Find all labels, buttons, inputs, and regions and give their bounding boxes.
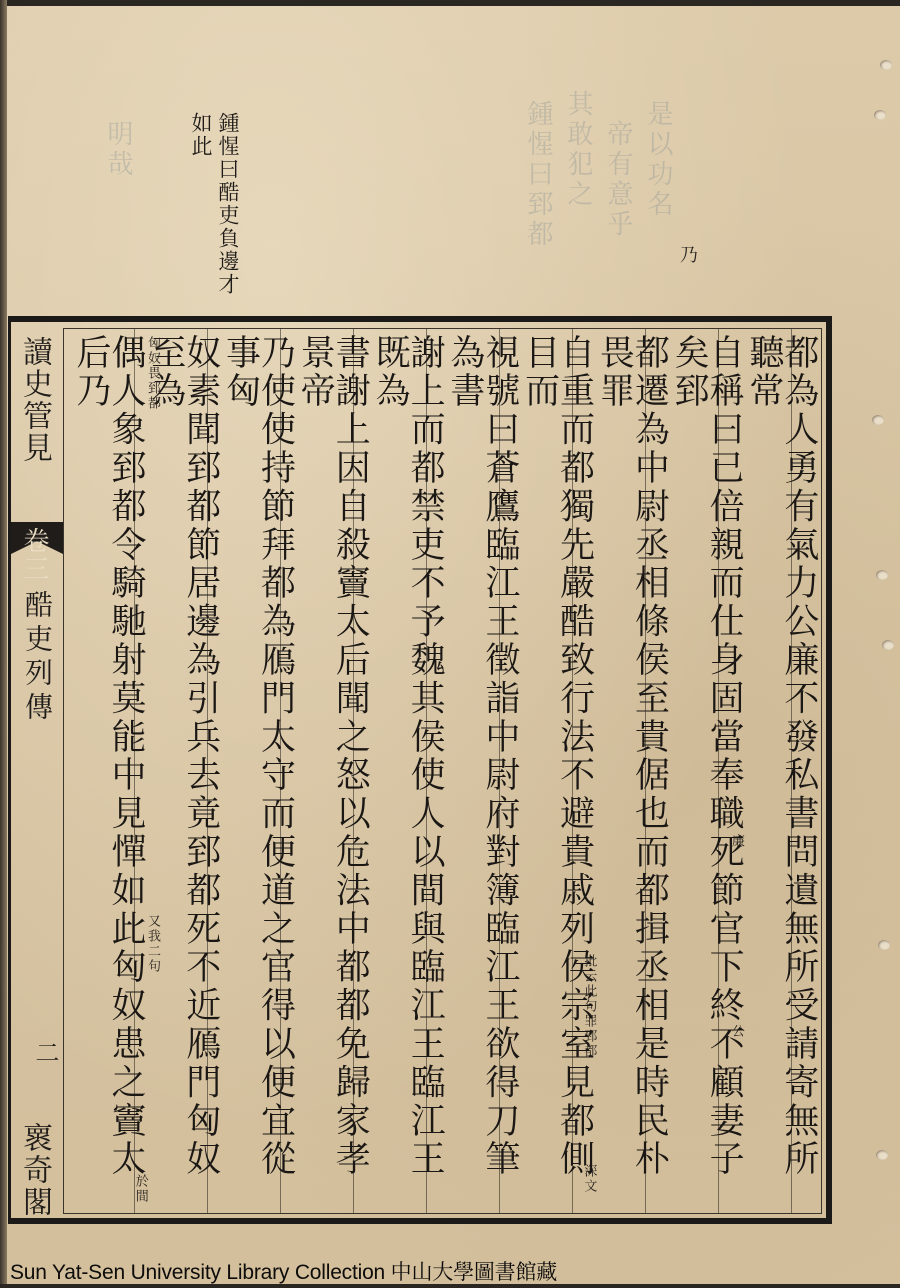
marginal-commentary: 鍾惺曰酷吏負邊才 如此 [190,112,238,296]
scan-edge-top [0,0,900,6]
publisher-studio: 褱奇閣 [19,1122,49,1218]
binding-hole [876,570,888,580]
margin-comment-line: 如此 [190,112,211,296]
interlinear-note: 匈奴畏郅都 [146,336,159,411]
main-text-columns: 都為人勇有氣力公廉不發私書問遺無所受請寄無所聽常 廉 公 自稱曰已倍親而仕身固當… [73,334,816,1212]
volume-label: 卷三 [21,527,47,583]
column-text: 都為人勇有氣力公廉不發私書問遺無所受請寄無所聽常 [744,334,819,1179]
page-number: 二 [33,1040,57,1066]
text-column-1: 都為人勇有氣力公廉不發私書問遺無所受請寄無所聽常 廉 公 [746,334,816,1212]
scan-edge-left [0,0,7,1288]
column-text: 乃使使持節拜都為鴈門太守而便道之官得以便宜從事匈 [221,334,296,1179]
text-column-6: 謝上而都禁吏不予魏其侯使人以間與臨江王臨江王既為 [372,334,442,1212]
bleed-through-text: 是以功名 [640,100,677,220]
library-collection-caption: Sun Yat-Sen University Library Collectio… [10,1256,557,1286]
binding-hole [882,640,894,650]
text-column-10: 偶人象郅都令騎馳射莫能中見憚如此匈奴患之竇太后乃 匈奴畏郅都 又我二句 [73,334,143,1212]
scanned-book-page: 鍾惺曰郅都 其敢犯之 帝有意乎 是以功名 明哉 鍾惺曰酷吏負邊才 如此 乃 讀史… [0,0,900,1288]
bleed-through-text: 鍾惺曰郅都 [520,100,557,250]
column-text: 奴素聞郅都節居邊為引兵去竟郅都死不近鴈門匈奴至為 [146,334,221,1179]
chapter-title: 酷吏列傳 [23,590,51,726]
text-frame: 讀史管見 卷三 酷吏列傳 二 褱奇閣 都為人勇有氣力公廉不發私書問遺無所受請寄無… [8,316,832,1224]
column-text: 自稱曰已倍親而仕身固當奉職死節官下終不顧妻子矣郅 [669,334,744,1179]
text-column-3: 都遷為中尉丞相條侯至貴倨也而都揖丞相是時民朴畏罪 批云此句罪郅都 深文 [596,334,666,1212]
column-text: 偶人象郅都令騎馳射莫能中見憚如此匈奴患之竇太后乃 [71,334,146,1179]
column-text: 視號曰蒼鷹臨江王徵詣中尉府對簿臨江王欲得刀筆為書 [445,334,520,1179]
binding-hole [872,415,884,425]
binding-hole [874,110,886,120]
text-column-8: 乃使使持節拜都為鴈門太守而便道之官得以便宜從事匈 [223,334,293,1212]
bleed-through-text: 其敢犯之 [560,90,597,210]
text-column-7: 書謝上因自殺竇太后聞之怒以危法中都都免歸家孝景帝 [297,334,367,1212]
text-column-4: 自重而都獨先嚴酷致行法不避貴戚列侯宗室見都側目而 [522,334,592,1212]
column-text: 都遷為中尉丞相條侯至貴倨也而都揖丞相是時民朴畏罪 [594,334,669,1179]
bleed-through-text: 明哉 [100,120,137,180]
scan-edge-bottom [0,1284,900,1288]
column-text: 書謝上因自殺竇太后聞之怒以危法中都都免歸家孝景帝 [295,334,370,1179]
bleed-through-text: 帝有意乎 [600,120,637,240]
column-text: 謝上而都禁吏不予魏其侯使人以間與臨江王臨江王既為 [370,334,445,1179]
center-fold-margin: 讀史管見 卷三 酷吏列傳 二 褱奇閣 [11,322,63,1218]
text-column-9: 奴素聞郅都節居邊為引兵去竟郅都死不近鴈門匈奴至為 於間 [148,334,218,1212]
text-column-2: 自稱曰已倍親而仕身固當奉職死節官下終不顧妻子矣郅 [671,334,741,1212]
column-text: 自重而都獨先嚴酷致行法不避貴戚列侯宗室見都側目而 [520,334,595,1179]
handwritten-mark: 乃 [678,245,696,265]
binding-hole [878,940,890,950]
interlinear-note: 又我二句 [146,914,159,974]
text-column-5: 視號曰蒼鷹臨江王徵詣中尉府對簿臨江王欲得刀筆為書 [447,334,517,1212]
margin-comment-line: 鍾惺曰酷吏負邊才 [217,112,238,296]
book-title: 讀史管見 [19,336,49,464]
binding-hole [876,1150,888,1160]
binding-hole [880,60,892,70]
